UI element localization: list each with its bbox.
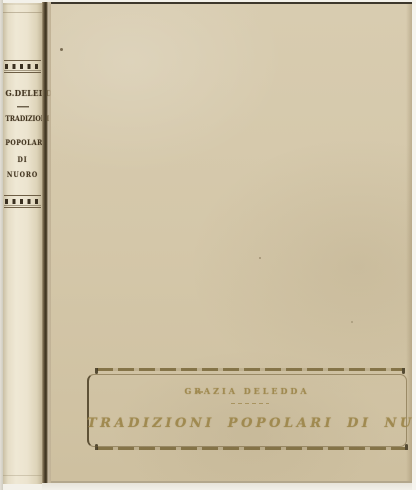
spine-ornament-band-top bbox=[4, 60, 41, 73]
spine-headcap bbox=[3, 12, 42, 13]
spine-title-line: TRADIZIONI bbox=[5, 114, 39, 123]
ornament-rule bbox=[4, 72, 41, 73]
hinge-groove bbox=[42, 2, 51, 483]
ornament-rule bbox=[4, 60, 41, 61]
book-spine: G.DELEDDA TRADIZIONI POPOLARI DI NUORO bbox=[3, 3, 42, 484]
frame-corner-hook bbox=[405, 444, 408, 450]
frame-corner-hook bbox=[402, 368, 405, 374]
spine-tailcap bbox=[3, 475, 42, 476]
frame-ornate-rule-top bbox=[97, 368, 402, 371]
page-bottom-edge bbox=[42, 483, 416, 490]
cover-speck bbox=[351, 321, 353, 323]
frame-ornate-rule-bottom bbox=[97, 447, 405, 450]
ornament-rule bbox=[4, 207, 41, 208]
ornament-dots bbox=[5, 64, 40, 69]
spine-divider-dash bbox=[17, 106, 29, 108]
spine-author: G.DELEDDA bbox=[5, 89, 39, 99]
author-underline-ornament bbox=[231, 403, 269, 404]
spine-ornament-band-bottom bbox=[4, 195, 41, 208]
cover-title: TRADIZIONI POPOLARI DI NUORO bbox=[87, 416, 407, 431]
spine-title-line: DI bbox=[5, 155, 39, 164]
cover-speck bbox=[60, 48, 63, 51]
ornament-dots bbox=[5, 199, 40, 204]
front-cover: GRAZIA DELEDDA TRADIZIONI POPOLARI DI NU… bbox=[51, 2, 412, 483]
photo-right-edge bbox=[412, 0, 416, 490]
ornament-rule bbox=[4, 195, 41, 196]
cover-author: GRAZIA DELEDDA bbox=[87, 386, 407, 396]
spine-title-line: NUORO bbox=[5, 170, 39, 179]
cover-speck bbox=[259, 257, 261, 259]
book-photo: G.DELEDDA TRADIZIONI POPOLARI DI NUORO G… bbox=[0, 0, 416, 490]
frame-inner-rect bbox=[87, 374, 407, 447]
spine-title-line: POPOLARI bbox=[5, 138, 39, 147]
